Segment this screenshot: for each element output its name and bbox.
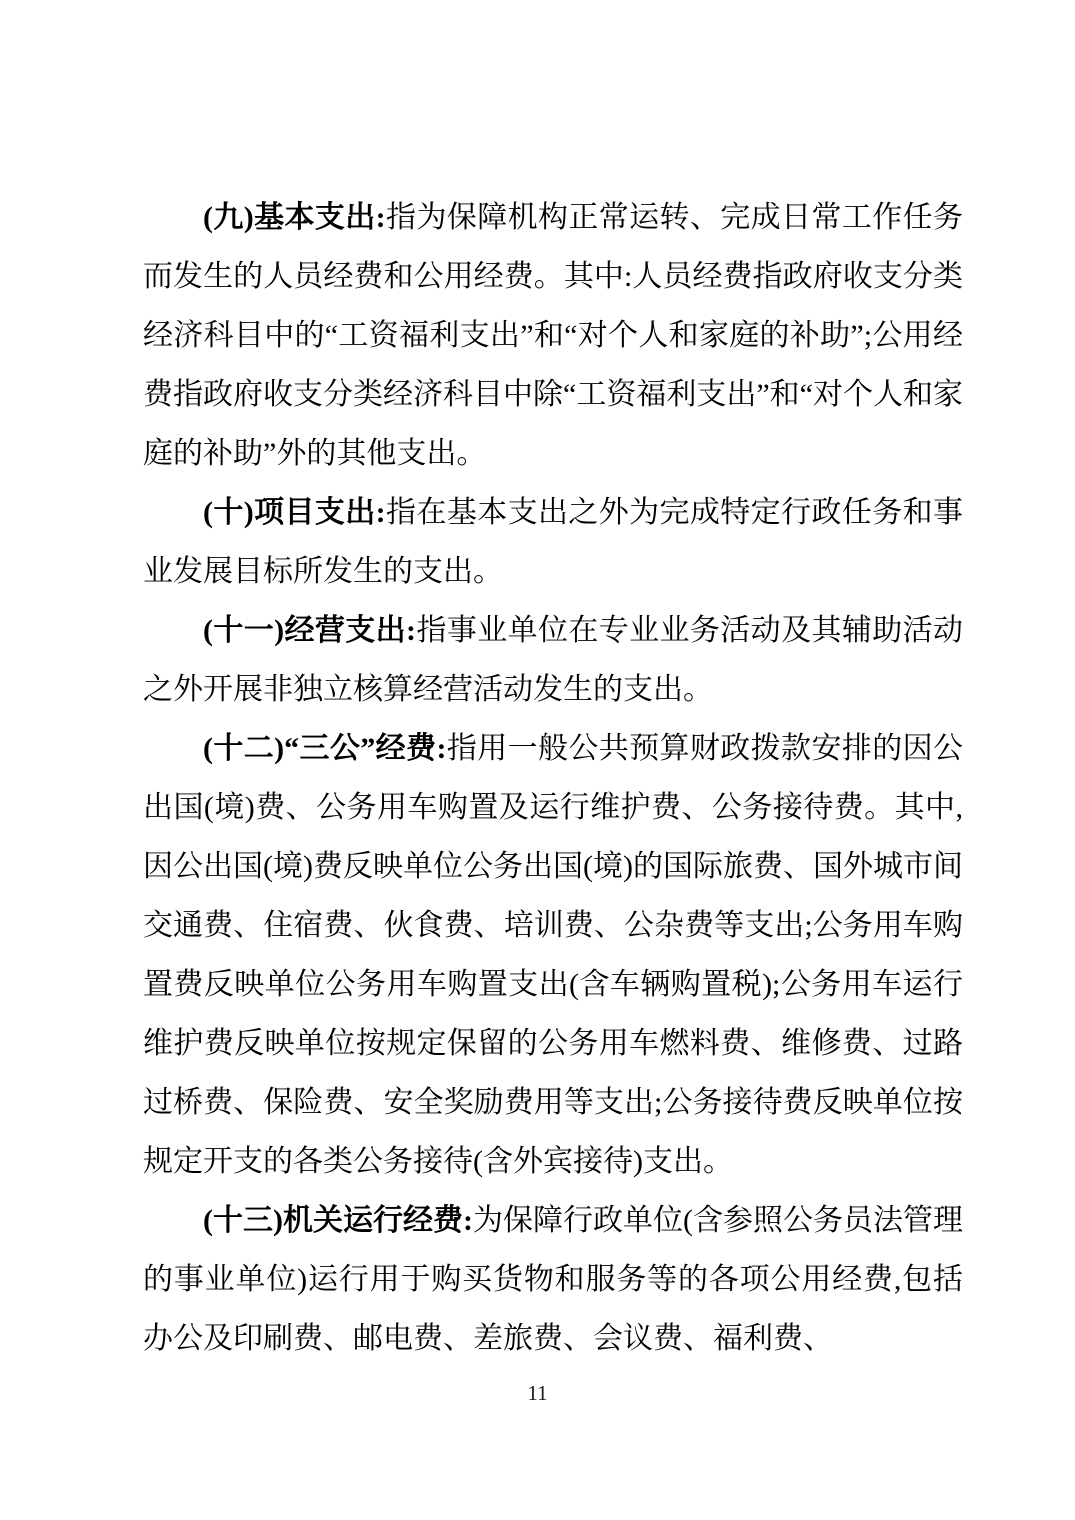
paragraph-heading: (九)基本支出: — [203, 201, 386, 234]
document-page: (九)基本支出:指为保障机构正常运转、完成日常工作任务而发生的人员经费和公用经费… — [0, 0, 1075, 1520]
paragraph-heading: (十二)“三公”经费: — [203, 732, 446, 765]
paragraph-three-public-funds: (十二)“三公”经费:指用一般公共预算财政拨款安排的因公出国(境)费、公务用车购… — [143, 719, 963, 1191]
paragraph-heading: (十)项目支出: — [203, 496, 386, 529]
paragraph-heading: (十一)经营支出: — [203, 614, 416, 647]
paragraph-basic-expenditure: (九)基本支出:指为保障机构正常运转、完成日常工作任务而发生的人员经费和公用经费… — [143, 188, 963, 483]
paragraph-agency-operating-funds: (十三)机关运行经费:为保障行政单位(含参照公务员法管理的事业单位)运行用于购买… — [143, 1191, 963, 1368]
paragraph-text: 指用一般公共预算财政拨款安排的因公出国(境)费、公务用车购置及运行维护费、公务接… — [143, 732, 963, 1178]
paragraph-heading: (十三)机关运行经费: — [203, 1204, 473, 1237]
page-number: 11 — [0, 1381, 1075, 1405]
paragraph-project-expenditure: (十)项目支出:指在基本支出之外为完成特定行政任务和事业发展目标所发生的支出。 — [143, 483, 963, 601]
document-body: (九)基本支出:指为保障机构正常运转、完成日常工作任务而发生的人员经费和公用经费… — [143, 188, 963, 1368]
paragraph-text: 指为保障机构正常运转、完成日常工作任务而发生的人员经费和公用经费。其中:人员经费… — [143, 201, 963, 470]
paragraph-operating-expenditure: (十一)经营支出:指事业单位在专业业务活动及其辅助活动之外开展非独立核算经营活动… — [143, 601, 963, 719]
